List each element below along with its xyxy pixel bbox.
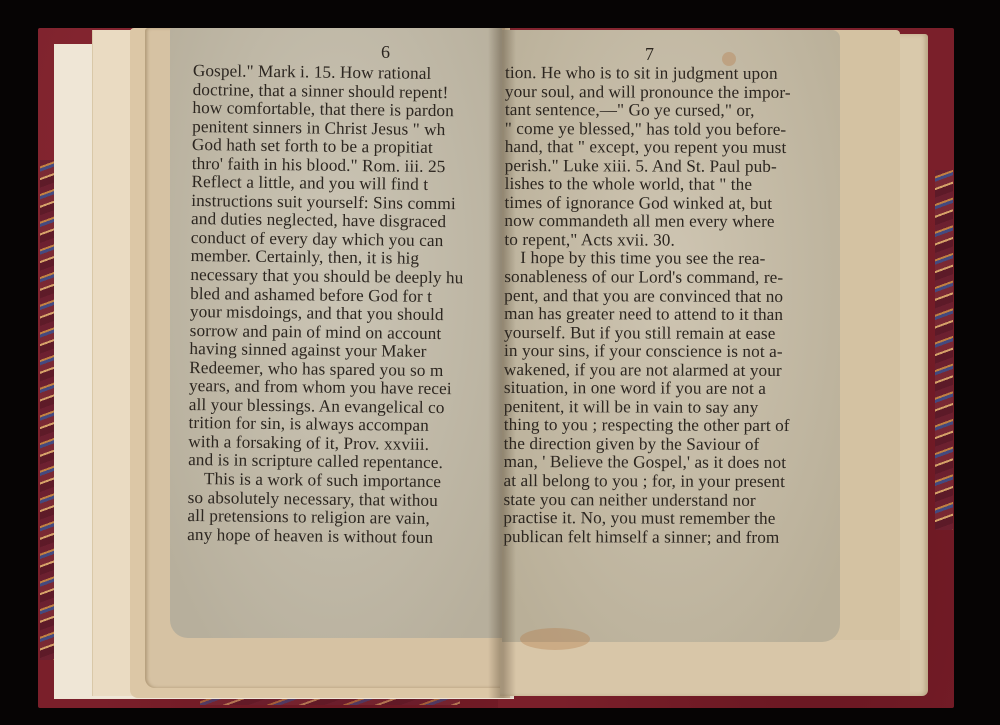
water-stain: [520, 628, 590, 650]
text-line: hand, that " except, you repent you must: [505, 138, 835, 158]
text-line: lishes to the whole world, that " the: [505, 175, 835, 195]
marbled-edge-right: [935, 170, 953, 530]
text-line: tion. He who is to sit in judgment upon: [505, 64, 835, 84]
text-line: at all belong to you ; for, in your pres…: [504, 472, 834, 492]
text-line: practise it. No, you must remember the: [503, 509, 833, 529]
page-6-text: Gospel." Mark i. 15. How rationaldoctrin…: [187, 62, 503, 548]
text-line: publican felt himself a sinner; and from: [503, 528, 833, 548]
page-number-left: 6: [381, 42, 390, 63]
text-line: in your sins, if your conscience is not …: [504, 342, 834, 362]
text-line: any hope of heaven is without foun: [187, 526, 497, 548]
book-photo: 6 7 Gospel." Mark i. 15. How rationaldoc…: [0, 0, 1000, 725]
text-line: thing to you ; respecting the other part…: [504, 416, 834, 436]
text-line: man has greater need to attend to it tha…: [504, 305, 834, 325]
marbled-edge-left: [40, 160, 54, 660]
page-7-text: tion. He who is to sit in judgment upony…: [503, 64, 835, 547]
text-line: sonableness of our Lord's command, re-: [504, 268, 834, 288]
page-number-right: 7: [645, 44, 654, 65]
text-line: situation, in one word if you are not a: [504, 379, 834, 399]
text-line: tant sentence,—" Go ye cursed," or,: [505, 101, 835, 121]
text-line: now commandeth all men every where: [504, 212, 834, 232]
